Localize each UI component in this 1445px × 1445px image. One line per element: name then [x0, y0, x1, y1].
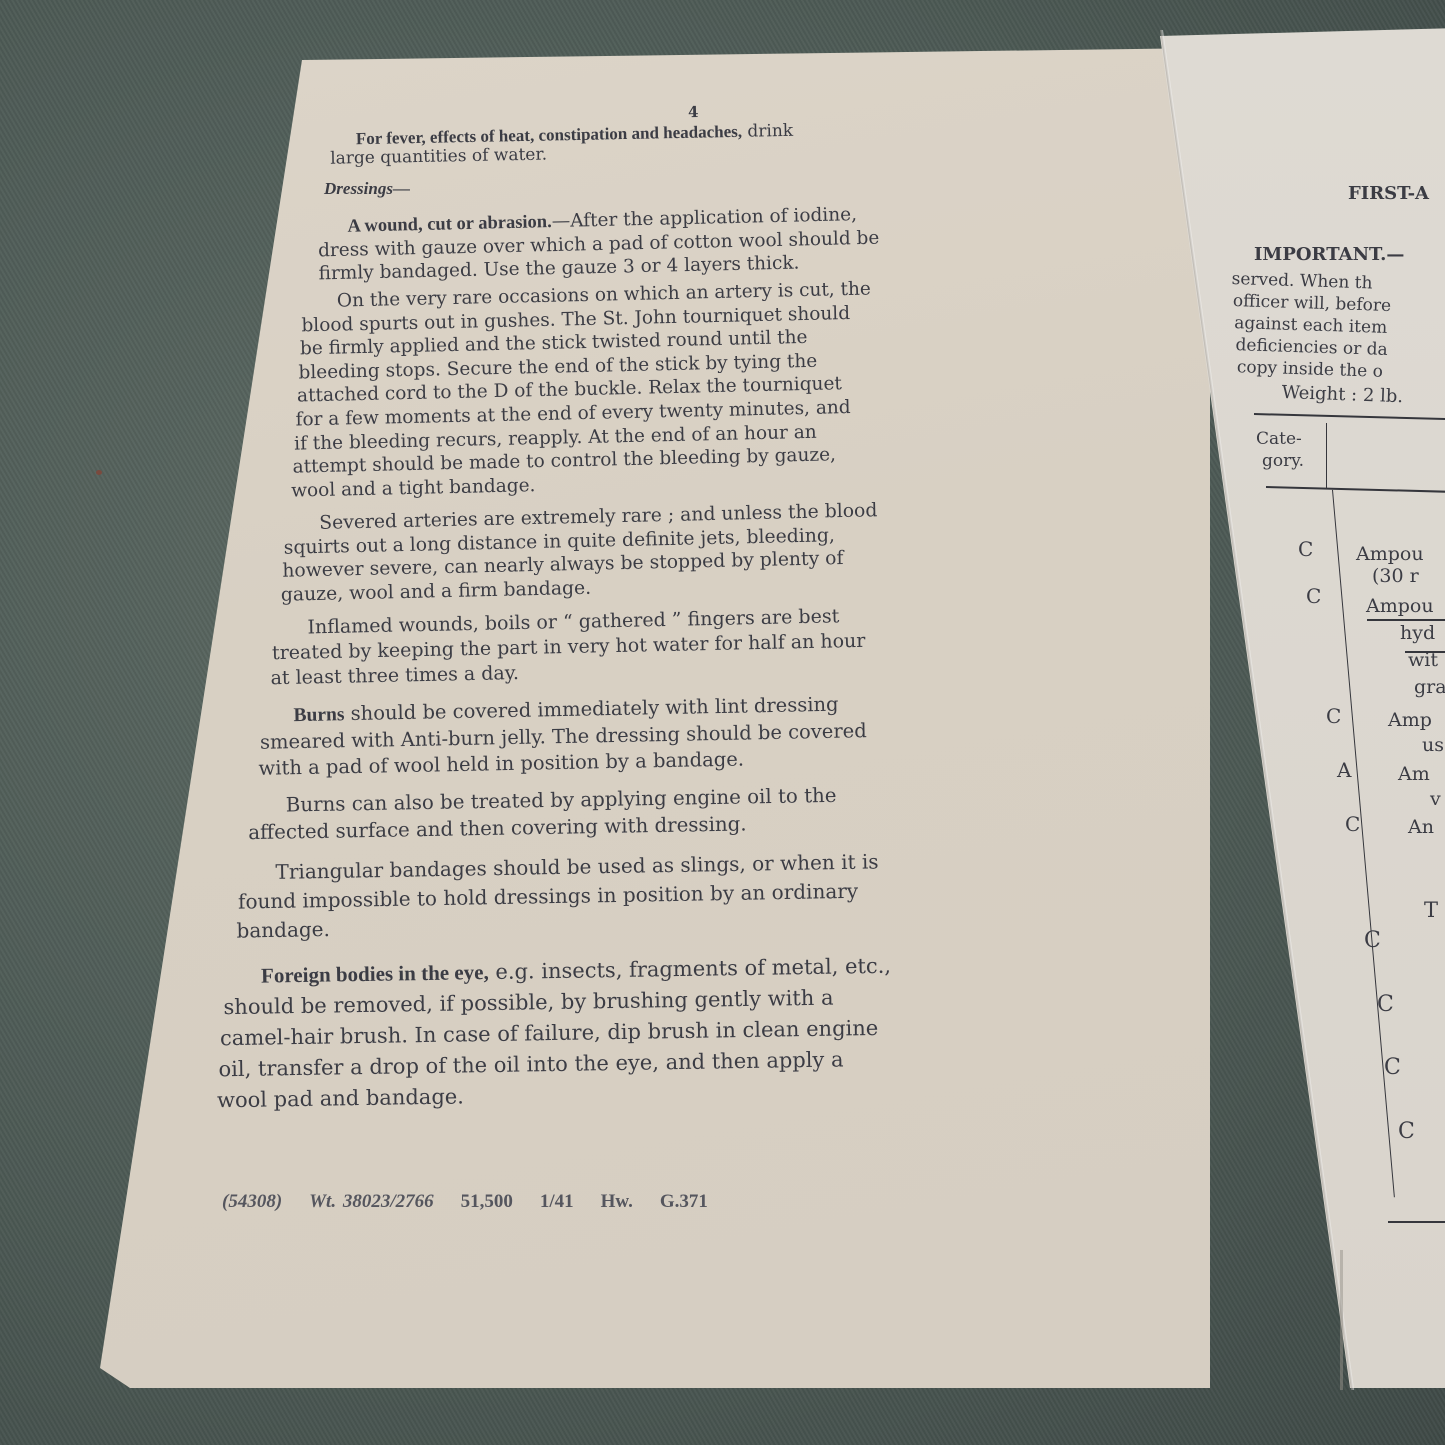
wound-lead: A wound, cut or abrasion.: [347, 212, 552, 237]
right-page-title: FIRST-A: [1348, 183, 1429, 204]
table-row-category: C: [1377, 992, 1394, 1017]
weight-label: Weight : 2 lb.: [1281, 382, 1403, 407]
item-line: Am: [1398, 762, 1441, 787]
item-line: hyd: [1400, 620, 1445, 647]
text-line: e.g. insects, fragments of metal, etc.,: [489, 954, 892, 984]
table-row-category: C: [1306, 584, 1321, 608]
item-line: Ampou: [1366, 593, 1445, 620]
imprint-printer: Hw.: [601, 1191, 633, 1212]
paragraph-wound: A wound, cut or abrasion.—After the appl…: [317, 203, 880, 286]
paragraph-burns: Burns should be covered immediately with…: [257, 691, 867, 782]
imprint-form: G.371: [660, 1191, 708, 1212]
paragraph-foreign-bodies: Foreign bodies in the eye, e.g. insects,…: [215, 951, 893, 1117]
table-row-category: A: [1337, 758, 1351, 782]
table-bottom-rule: [1388, 1221, 1445, 1223]
printer-imprint: (54308) Wt. 38023/2766 51,500 1/41 Hw. G…: [222, 1192, 708, 1211]
table-row-category: C: [1298, 537, 1313, 561]
item-line: us: [1422, 733, 1444, 758]
paragraph-inflamed: Inflamed wounds, boils or “ gathered ” f…: [269, 604, 866, 691]
table-row-category: C: [1384, 1055, 1401, 1080]
table-row-item: Am v: [1398, 762, 1441, 812]
paragraph-severed: Severed arteries are extremely rare ; an…: [279, 499, 879, 607]
table-row-item: Ampou (30 r: [1356, 543, 1424, 587]
fabric-speck: [96, 470, 102, 475]
table-row-category: C: [1364, 928, 1381, 953]
important-label: IMPORTANT.—: [1254, 244, 1404, 265]
category-header: Cate- gory.: [1256, 428, 1304, 472]
intro-rest: drink: [742, 121, 793, 142]
foreign-bodies-lead: Foreign bodies in the eye,: [261, 960, 489, 988]
table-row-category: C: [1345, 812, 1360, 836]
item-line: Ampou: [1356, 543, 1424, 565]
header-line: Cate-: [1256, 428, 1304, 450]
page-fold-line-lower: [1340, 1250, 1343, 1390]
imprint-code: (54308): [222, 1191, 282, 1212]
fraction-rule: [1367, 619, 1445, 621]
category-header-divider: [1326, 423, 1327, 489]
table-row-item: T: [1424, 898, 1438, 922]
item-line: (30 r: [1372, 565, 1424, 587]
table-row-category: C: [1398, 1119, 1415, 1144]
imprint-wt: Wt. 38023/2766: [309, 1191, 433, 1212]
item-line: Amp: [1388, 708, 1444, 733]
item-line: v: [1430, 787, 1441, 812]
burns-lead: Burns: [293, 704, 344, 726]
imprint-date: 1/41: [540, 1191, 574, 1212]
section-heading: Dressings—: [324, 180, 410, 197]
paragraph-burns-oil: Burns can also be treated by applying en…: [248, 782, 838, 846]
table-row-item: Amp us: [1388, 708, 1444, 758]
header-line: gory.: [1262, 450, 1304, 472]
fraction-rule: [1405, 651, 1445, 653]
imprint-qty: 51,500: [461, 1191, 513, 1212]
paragraph-triangular: Triangular bandages should be used as sl…: [235, 847, 880, 945]
important-text: served. When th officer will, before aga…: [1229, 268, 1393, 383]
table-row-item: An: [1408, 816, 1434, 838]
table-row-item: Ampou hyd wit gra: [1366, 593, 1445, 701]
table-row-category: C: [1326, 704, 1341, 728]
item-line: gra: [1414, 674, 1445, 701]
page-number: 4: [688, 103, 699, 121]
paragraph-artery: On the very rare occasions on which an a…: [293, 277, 876, 502]
